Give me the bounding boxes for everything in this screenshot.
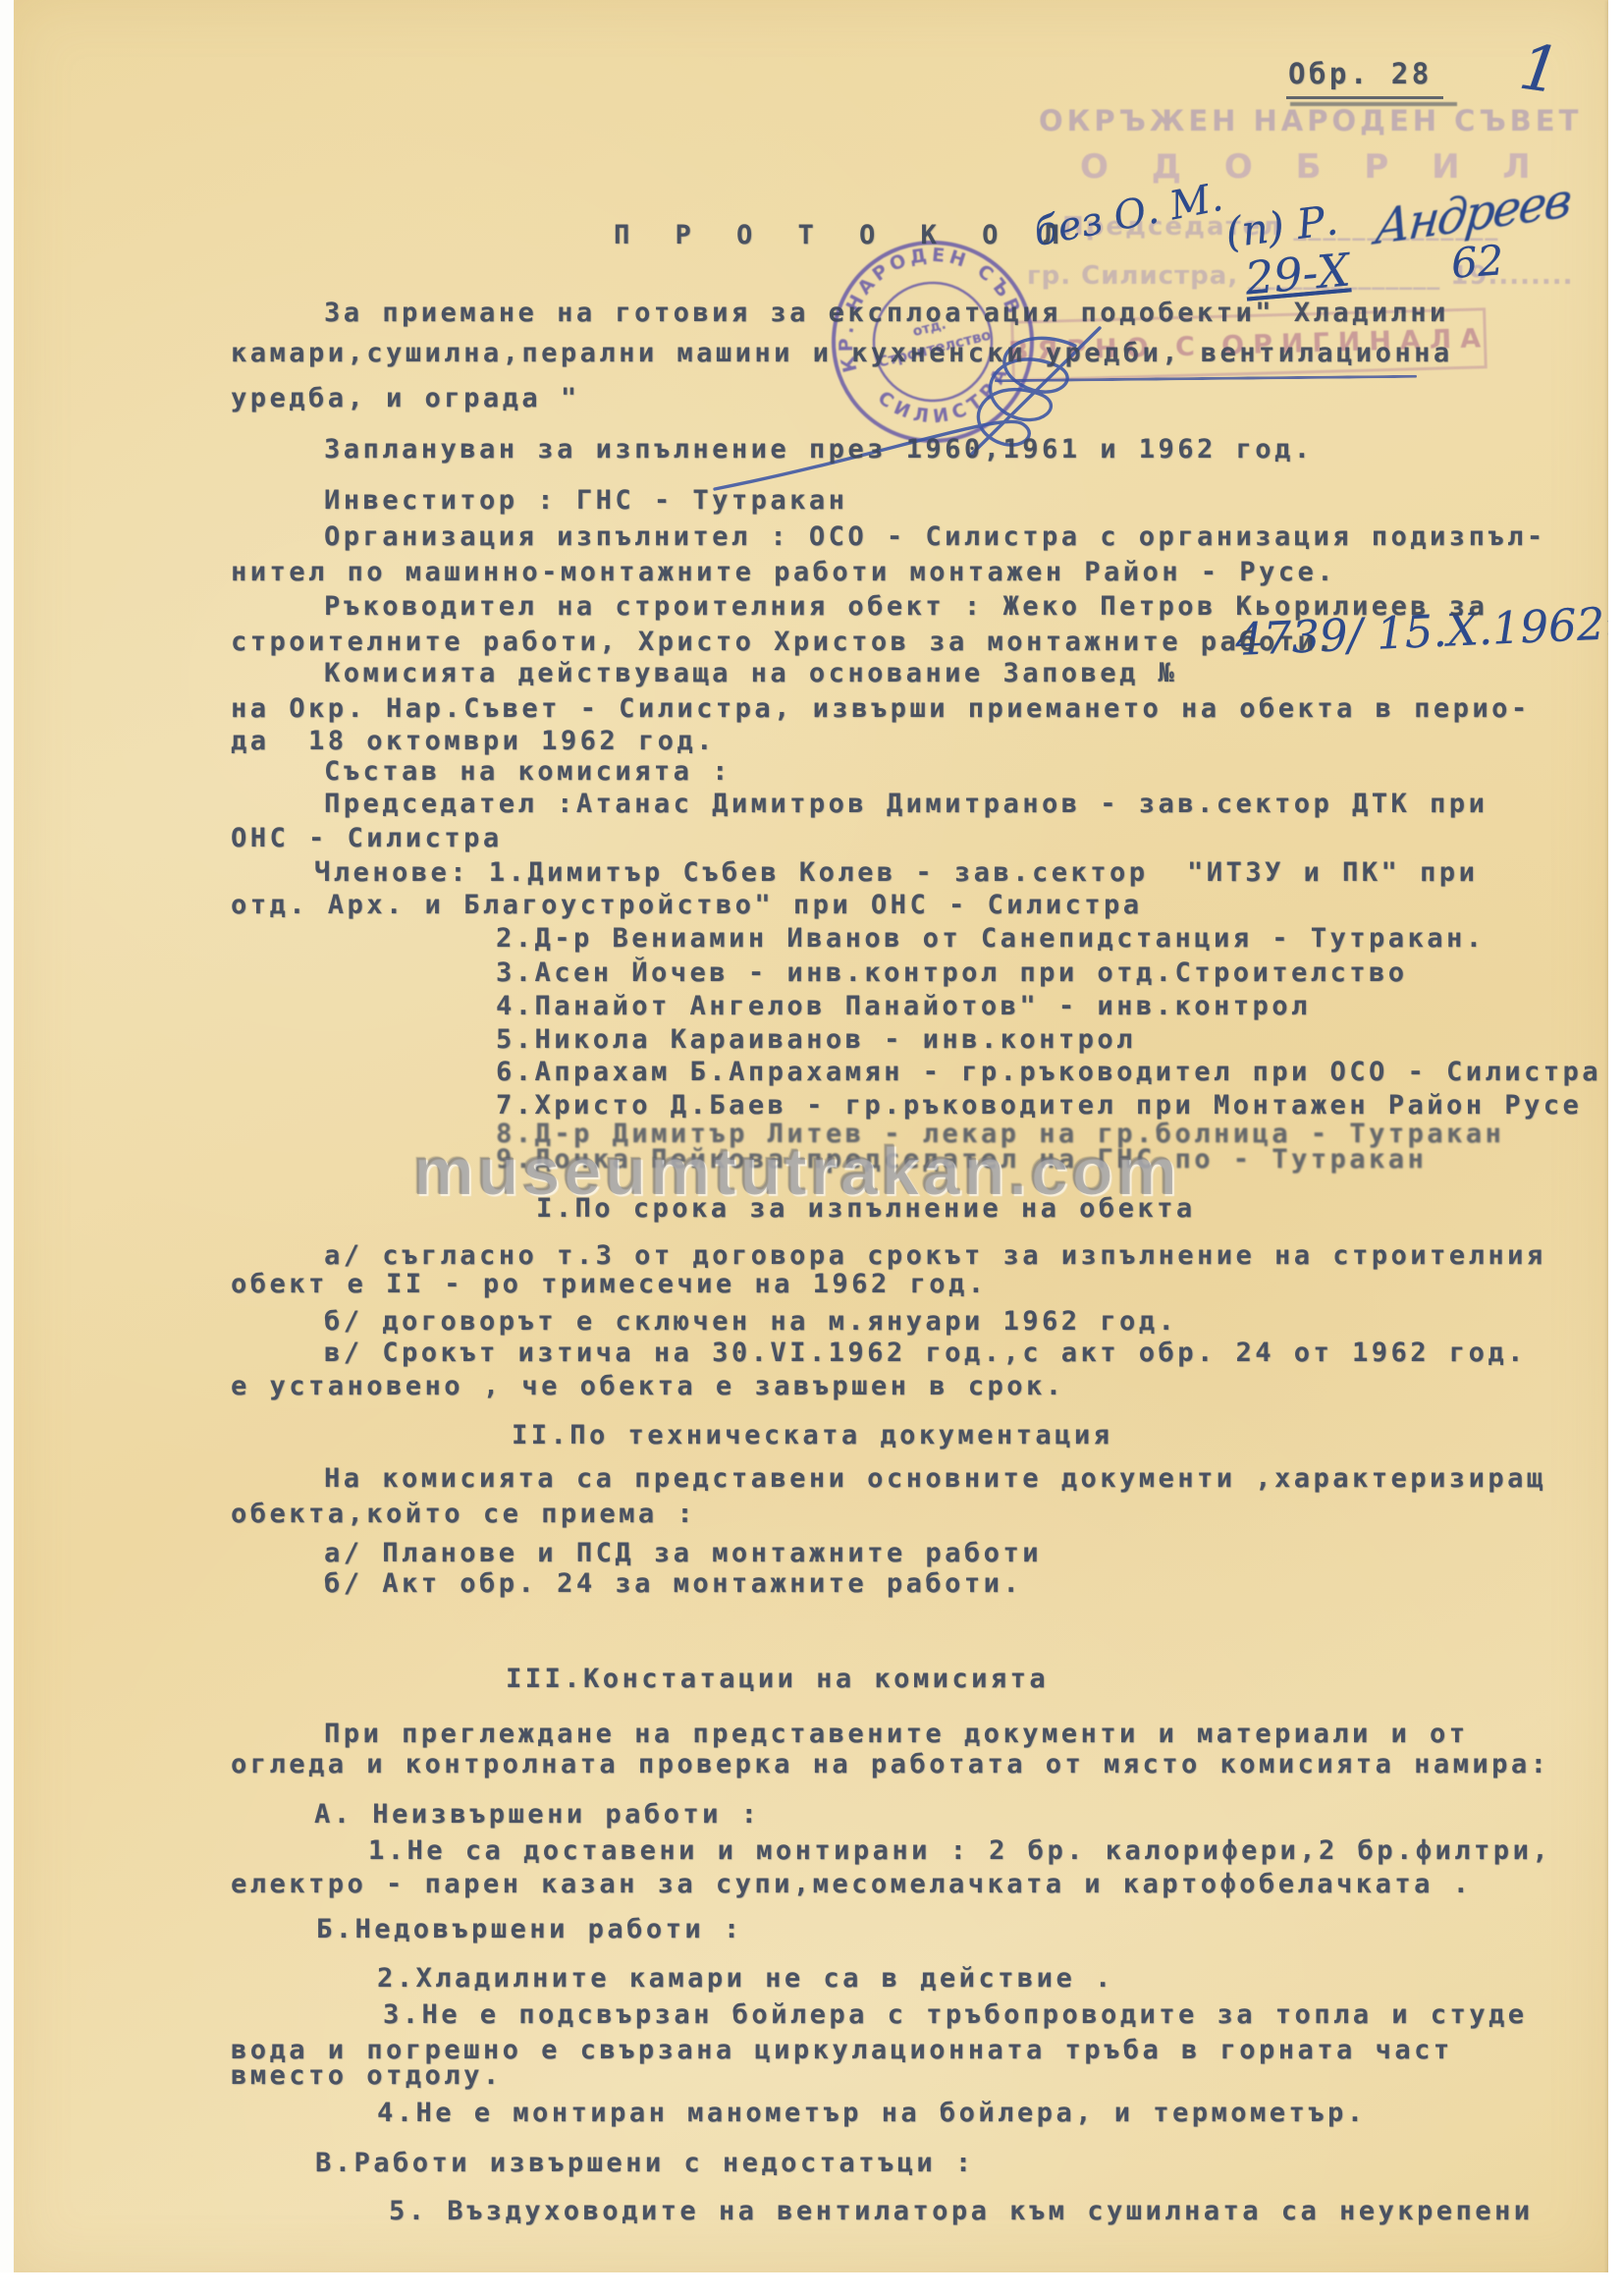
typed-line: А. Неизвършени работи : xyxy=(314,1799,760,1830)
typed-line: Ръководител на строителния обект : Жеко … xyxy=(324,591,1488,622)
typed-line: да 18 октомври 1962 год. xyxy=(231,726,716,756)
typed-line: Организация изпълнител : ОСО - Силистра … xyxy=(324,521,1546,552)
typed-line: Инвеститор : ГНС - Тутракан xyxy=(324,485,847,516)
typed-line: а/ Планове и ПСД за монтажните работи xyxy=(324,1538,1042,1568)
scan-edge-right xyxy=(1608,0,1623,2296)
typed-line: На комисията са представени основните до… xyxy=(324,1463,1546,1494)
typed-line: Председател :Атанас Димитров Димитранов … xyxy=(324,789,1488,819)
typed-line: 5.Никола Караиванов - инв.контрол xyxy=(496,1024,1136,1055)
typed-line: 4.Панайот Ангелов Панайотов" - инв.контр… xyxy=(496,991,1311,1021)
typed-line: 2.Д-р Вениамин Иванов от Санепидстанция … xyxy=(496,923,1486,954)
typed-line: камари,сушилна,перални машини и кухненск… xyxy=(231,338,1453,368)
typed-line: б/ Акт обр. 24 за монтажните работи. xyxy=(324,1568,1022,1599)
typed-line: Състав на комисията : xyxy=(324,756,731,787)
typed-line: б/ договорът е сключен на м.януари 1962 … xyxy=(324,1306,1177,1337)
section-heading-3: III.Констатации на комисията xyxy=(506,1664,1049,1694)
scan-edge-bottom xyxy=(0,2272,1623,2296)
typed-line: уредба, и ограда " xyxy=(231,383,580,413)
typed-line: а/ съгласно т.3 от договора срокът за из… xyxy=(324,1240,1546,1271)
typed-line: Заплануван за изпълнение през 1960,1961 … xyxy=(324,434,1314,465)
typed-line: 7.Христо Д.Баев - гр.ръководител при Мон… xyxy=(496,1090,1582,1121)
form-number-underline-2 xyxy=(1290,102,1457,106)
typed-line: обекта,който се приема : xyxy=(231,1499,696,1529)
typed-line: Комисията действуваща на основание Запов… xyxy=(324,658,1177,688)
typed-line: 6.Апрахам Б.Апрахамян - гр.ръководител п… xyxy=(496,1057,1601,1087)
typed-line: 1.Не са доставени и монтирани : 2 бр. ка… xyxy=(368,1835,1551,1866)
typed-line: в/ Срокът изтича на 30.VI.1962 год.,с ак… xyxy=(324,1338,1527,1368)
typed-line: 4.Не е монтиран манометър на бойлера, и … xyxy=(377,2098,1367,2128)
typed-line: вместо отдолу. xyxy=(231,2060,503,2091)
typed-line: ОНС - Силистра xyxy=(231,823,503,853)
handwritten-date: 29-Х xyxy=(1243,243,1352,304)
typed-line: 5. Въздуховодите на вентилатора към суши… xyxy=(389,2196,1534,2226)
typed-line: 3.Асен Йочев - инв.контрол при отд.Строи… xyxy=(496,957,1408,988)
typed-line: огледа и контролната проверка на работат… xyxy=(231,1749,1549,1779)
typed-line: електро - парен казан за супи,месомелачк… xyxy=(231,1869,1472,1899)
form-number-underline xyxy=(1286,96,1443,99)
typed-line: 3.Не е подсвързан бойлера с тръбопроводи… xyxy=(383,1999,1528,2030)
typed-line: В.Работи извършени с недостатъци : xyxy=(315,2148,975,2178)
section-heading-2: II.По техническата документация xyxy=(512,1420,1112,1450)
scanned-document-page: ОКРЪЖЕН НАРОДЕН СЪВЕТ О Д О Б Р И Л Пред… xyxy=(0,0,1623,2296)
typed-line: За приемане на готовия за експлоатация п… xyxy=(324,298,1449,328)
handwritten-year: 62 xyxy=(1449,236,1505,288)
typed-line: Б.Недовършени работи : xyxy=(316,1914,743,1944)
approval-stamp-line1: ОКРЪЖЕН НАРОДЕН СЪВЕТ xyxy=(1039,104,1582,137)
approval-stamp-line2: О Д О Б Р И Л xyxy=(1080,147,1546,187)
typed-line: обект е II - ро тримесечие на 1962 год. xyxy=(231,1269,987,1299)
typed-line: строителните работи, Христо Христов за м… xyxy=(231,627,1336,657)
form-number-label: Обр. 28 xyxy=(1288,57,1433,90)
typed-line: на Окр. Нар.Съвет - Силистра, извърши пр… xyxy=(231,693,1531,724)
typed-line: При преглеждане на представените докумен… xyxy=(324,1719,1469,1749)
document-title: П Р О Т О К О Л xyxy=(614,220,1074,250)
typed-line: отд. Арх. и Благоустройство" при ОНС - С… xyxy=(231,890,1143,920)
typed-line: е установено , че обекта е завършен в ср… xyxy=(231,1371,1064,1401)
typed-line: 2.Хладилните камари не са в действие . xyxy=(377,1963,1114,1994)
typed-line: Членове: 1.Димитър Събев Колев - зав.сек… xyxy=(314,857,1478,888)
typed-line: нител по машинно-монтажните работи монта… xyxy=(231,557,1336,587)
site-watermark: museumtutrakan.com xyxy=(412,1131,1208,1210)
